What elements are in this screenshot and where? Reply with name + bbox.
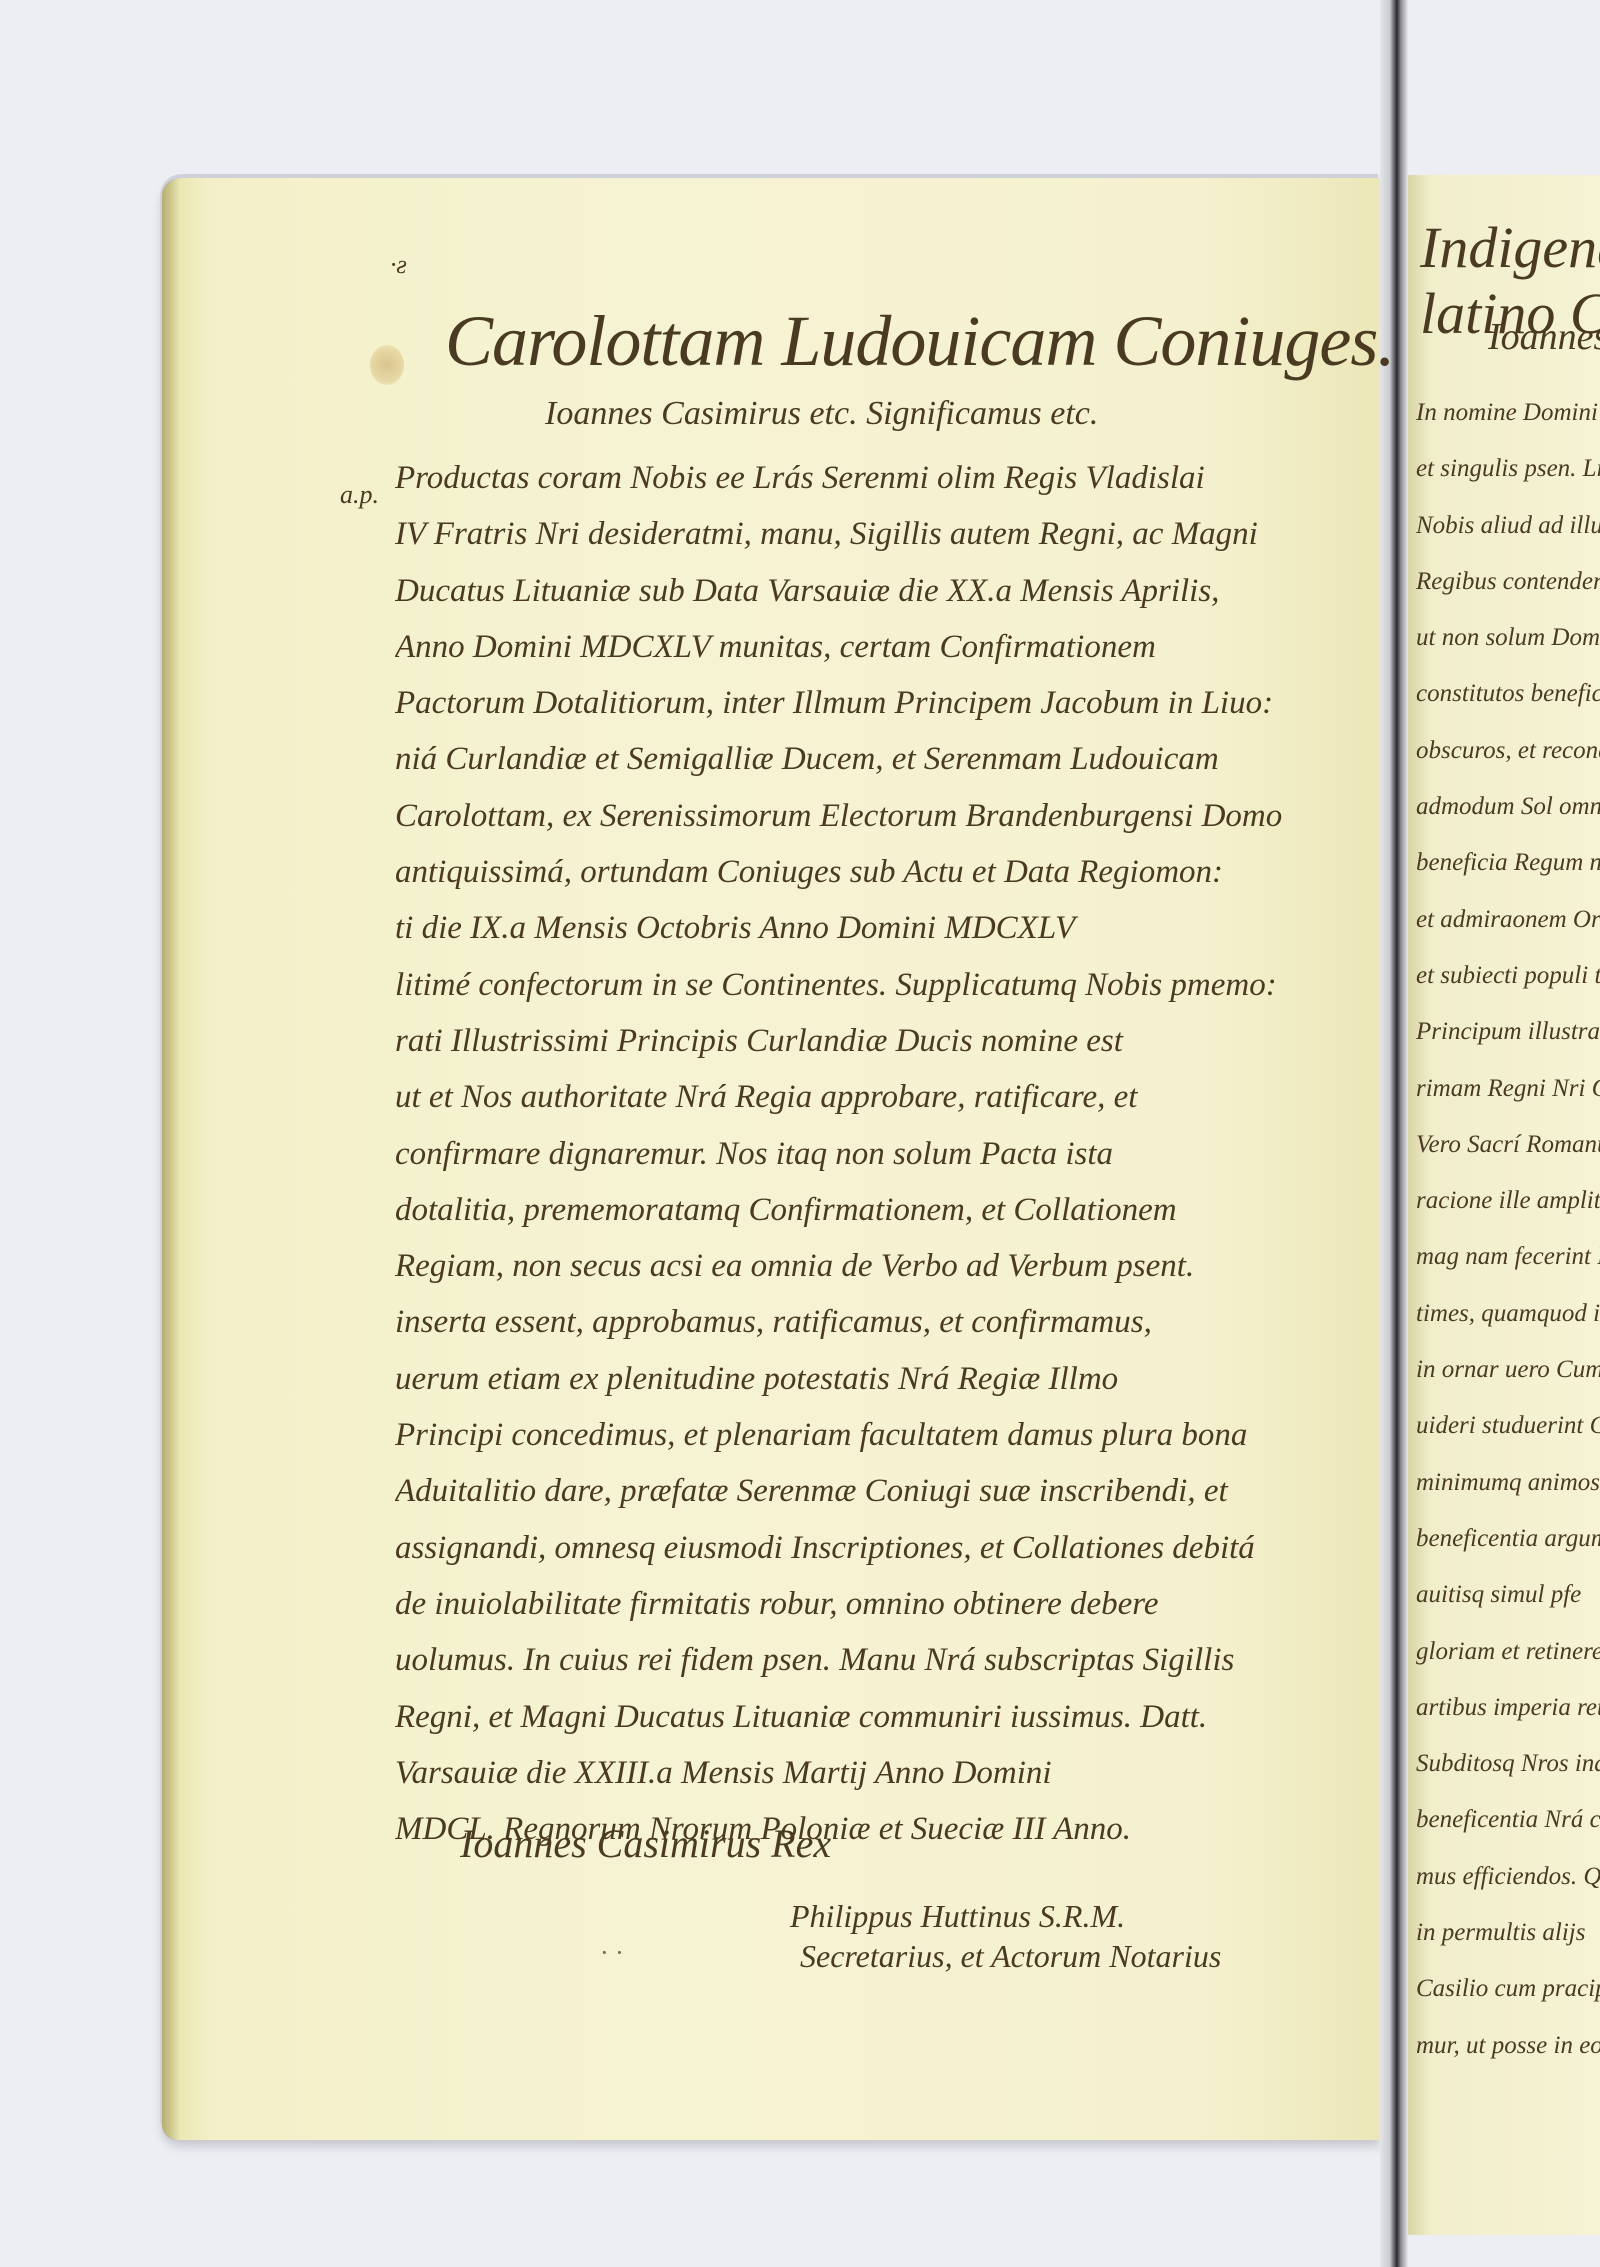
text-line: Ducatus Lituaniæ sub Data Varsauiæ die X…: [395, 563, 1355, 619]
margin-note: a.p.: [340, 480, 379, 510]
page-subtitle: Ioannes Casimirus etc. Significamus etc.: [545, 395, 1098, 433]
text-line: Casilio cum pracip: [1416, 1961, 1600, 2017]
text-line: times, quamquod in c: [1416, 1286, 1600, 1342]
text-line: auitisq simul pfe: [1416, 1567, 1600, 1623]
text-line: confirmare dignaremur. Nos itaq non solu…: [395, 1126, 1355, 1182]
text-line: IV Fratris Nri desideratmi, manu, Sigill…: [395, 506, 1355, 562]
text-line: Nobis aliud ad illustra: [1416, 498, 1600, 554]
text-line: Anno Domini MDCXLV munitas, certam Confi…: [395, 619, 1355, 675]
secretary-title: Secretarius, et Actorum Notarius: [800, 1938, 1221, 1975]
manuscript-right-page: Indigenatus latino Ca Ioannes In nomine …: [1408, 175, 1600, 2235]
right-page-subtitle: Ioannes: [1488, 315, 1600, 359]
text-line: litimé confectorum in se Continentes. Su…: [395, 957, 1355, 1013]
text-line: in permultis alijs: [1416, 1905, 1600, 1961]
right-title-line: Indigenatus: [1420, 215, 1600, 281]
folio-mark: ·ƨ: [390, 250, 407, 280]
text-line: ut non solum Domine: [1416, 610, 1600, 666]
text-line: mag nam fecerint Rem: [1416, 1229, 1600, 1285]
text-line: mur, ut posse in eo qu: [1416, 2018, 1600, 2074]
secretary-signature: Philippus Huttinus S.R.M.: [790, 1898, 1125, 1935]
text-line: Productas coram Nobis ee Lrás Serenmi ol…: [395, 450, 1355, 506]
king-signature: Ioannes Casimirus Rex: [460, 1820, 831, 1867]
faint-bottom-mark: · ·: [600, 1938, 624, 1968]
text-line: de inuiolabilitate firmitatis robur, omn…: [395, 1576, 1355, 1632]
text-line: niá Curlandiæ et Semigalliæ Ducem, et Se…: [395, 731, 1355, 787]
text-line: Carolottam, ex Serenissimorum Electorum …: [395, 788, 1355, 844]
text-line: rimam Regni Nri Or: [1416, 1061, 1600, 1117]
text-line: Varsauiæ die XXIII.a Mensis Martij Anno …: [395, 1745, 1355, 1801]
text-line: Pactorum Dotalitiorum, inter Illmum Prin…: [395, 675, 1355, 731]
text-line: dotalitia, prememoratamq Confirmationem,…: [395, 1182, 1355, 1238]
text-line: admodum Sol omnib: [1416, 779, 1600, 835]
text-line: ut et Nos authoritate Nrá Regia approbar…: [395, 1069, 1355, 1125]
text-line: Vero Sacrí Romanum: [1416, 1117, 1600, 1173]
manuscript-body: Productas coram Nobis ee Lrás Serenmi ol…: [395, 450, 1355, 1857]
text-line: mus efficiendos. Qu: [1416, 1849, 1600, 1905]
text-line: et admiraonem Orbi: [1416, 892, 1600, 948]
text-line: uolumus. In cuius rei fidem psen. Manu N…: [395, 1632, 1355, 1688]
text-line: racione ille amplitudine: [1416, 1173, 1600, 1229]
text-line: antiquissimá, ortundam Coniuges sub Actu…: [395, 844, 1355, 900]
text-line: beneficentia Nrá con: [1416, 1792, 1600, 1848]
text-line: et subiecti populi tant: [1416, 948, 1600, 1004]
right-page-body: In nomine Domini A et singulis psen. Lrá…: [1416, 385, 1600, 2074]
text-line: minimumq animos auder: [1416, 1455, 1600, 1511]
ink-stain: [370, 345, 404, 385]
text-line: Regibus contendere: [1416, 554, 1600, 610]
text-line: assignandi, omnesq eiusmodi Inscriptione…: [395, 1520, 1355, 1576]
text-line: beneficia Regum non: [1416, 835, 1600, 891]
text-line: In nomine Domini A: [1416, 385, 1600, 441]
text-line: rati Illustrissimi Principis Curlandiæ D…: [395, 1013, 1355, 1069]
text-line: Aduitalitio dare, præfatæ Serenmæ Coniug…: [395, 1463, 1355, 1519]
text-line: ti die IX.a Mensis Octobris Anno Domini …: [395, 900, 1355, 956]
text-line: artibus imperia ret: [1416, 1680, 1600, 1736]
text-line: in ornar uero Cumbu: [1416, 1342, 1600, 1398]
text-line: Principi concedimus, et plenariam facult…: [395, 1407, 1355, 1463]
page-title: Carolottam Ludouicam Coniuges.: [445, 300, 1394, 383]
text-line: Subditosq Nros indefe: [1416, 1736, 1600, 1792]
text-line: gloriam et retinere: [1416, 1624, 1600, 1680]
text-line: uerum etiam ex plenitudine potestatis Nr…: [395, 1351, 1355, 1407]
text-line: inserta essent, approbamus, ratificamus,…: [395, 1294, 1355, 1350]
text-line: constitutos benefice: [1416, 666, 1600, 722]
text-line: beneficentia argumenta: [1416, 1511, 1600, 1567]
text-line: Regni, et Magni Ducatus Lituaniæ communi…: [395, 1689, 1355, 1745]
text-line: Regiam, non secus acsi ea omnia de Verbo…: [395, 1238, 1355, 1294]
text-line: uideri studuerint Cum: [1416, 1398, 1600, 1454]
text-line: obscuros, et recond: [1416, 723, 1600, 779]
text-line: et singulis psen. Lrás i: [1416, 441, 1600, 497]
text-line: Principum illustrari pos: [1416, 1004, 1600, 1060]
